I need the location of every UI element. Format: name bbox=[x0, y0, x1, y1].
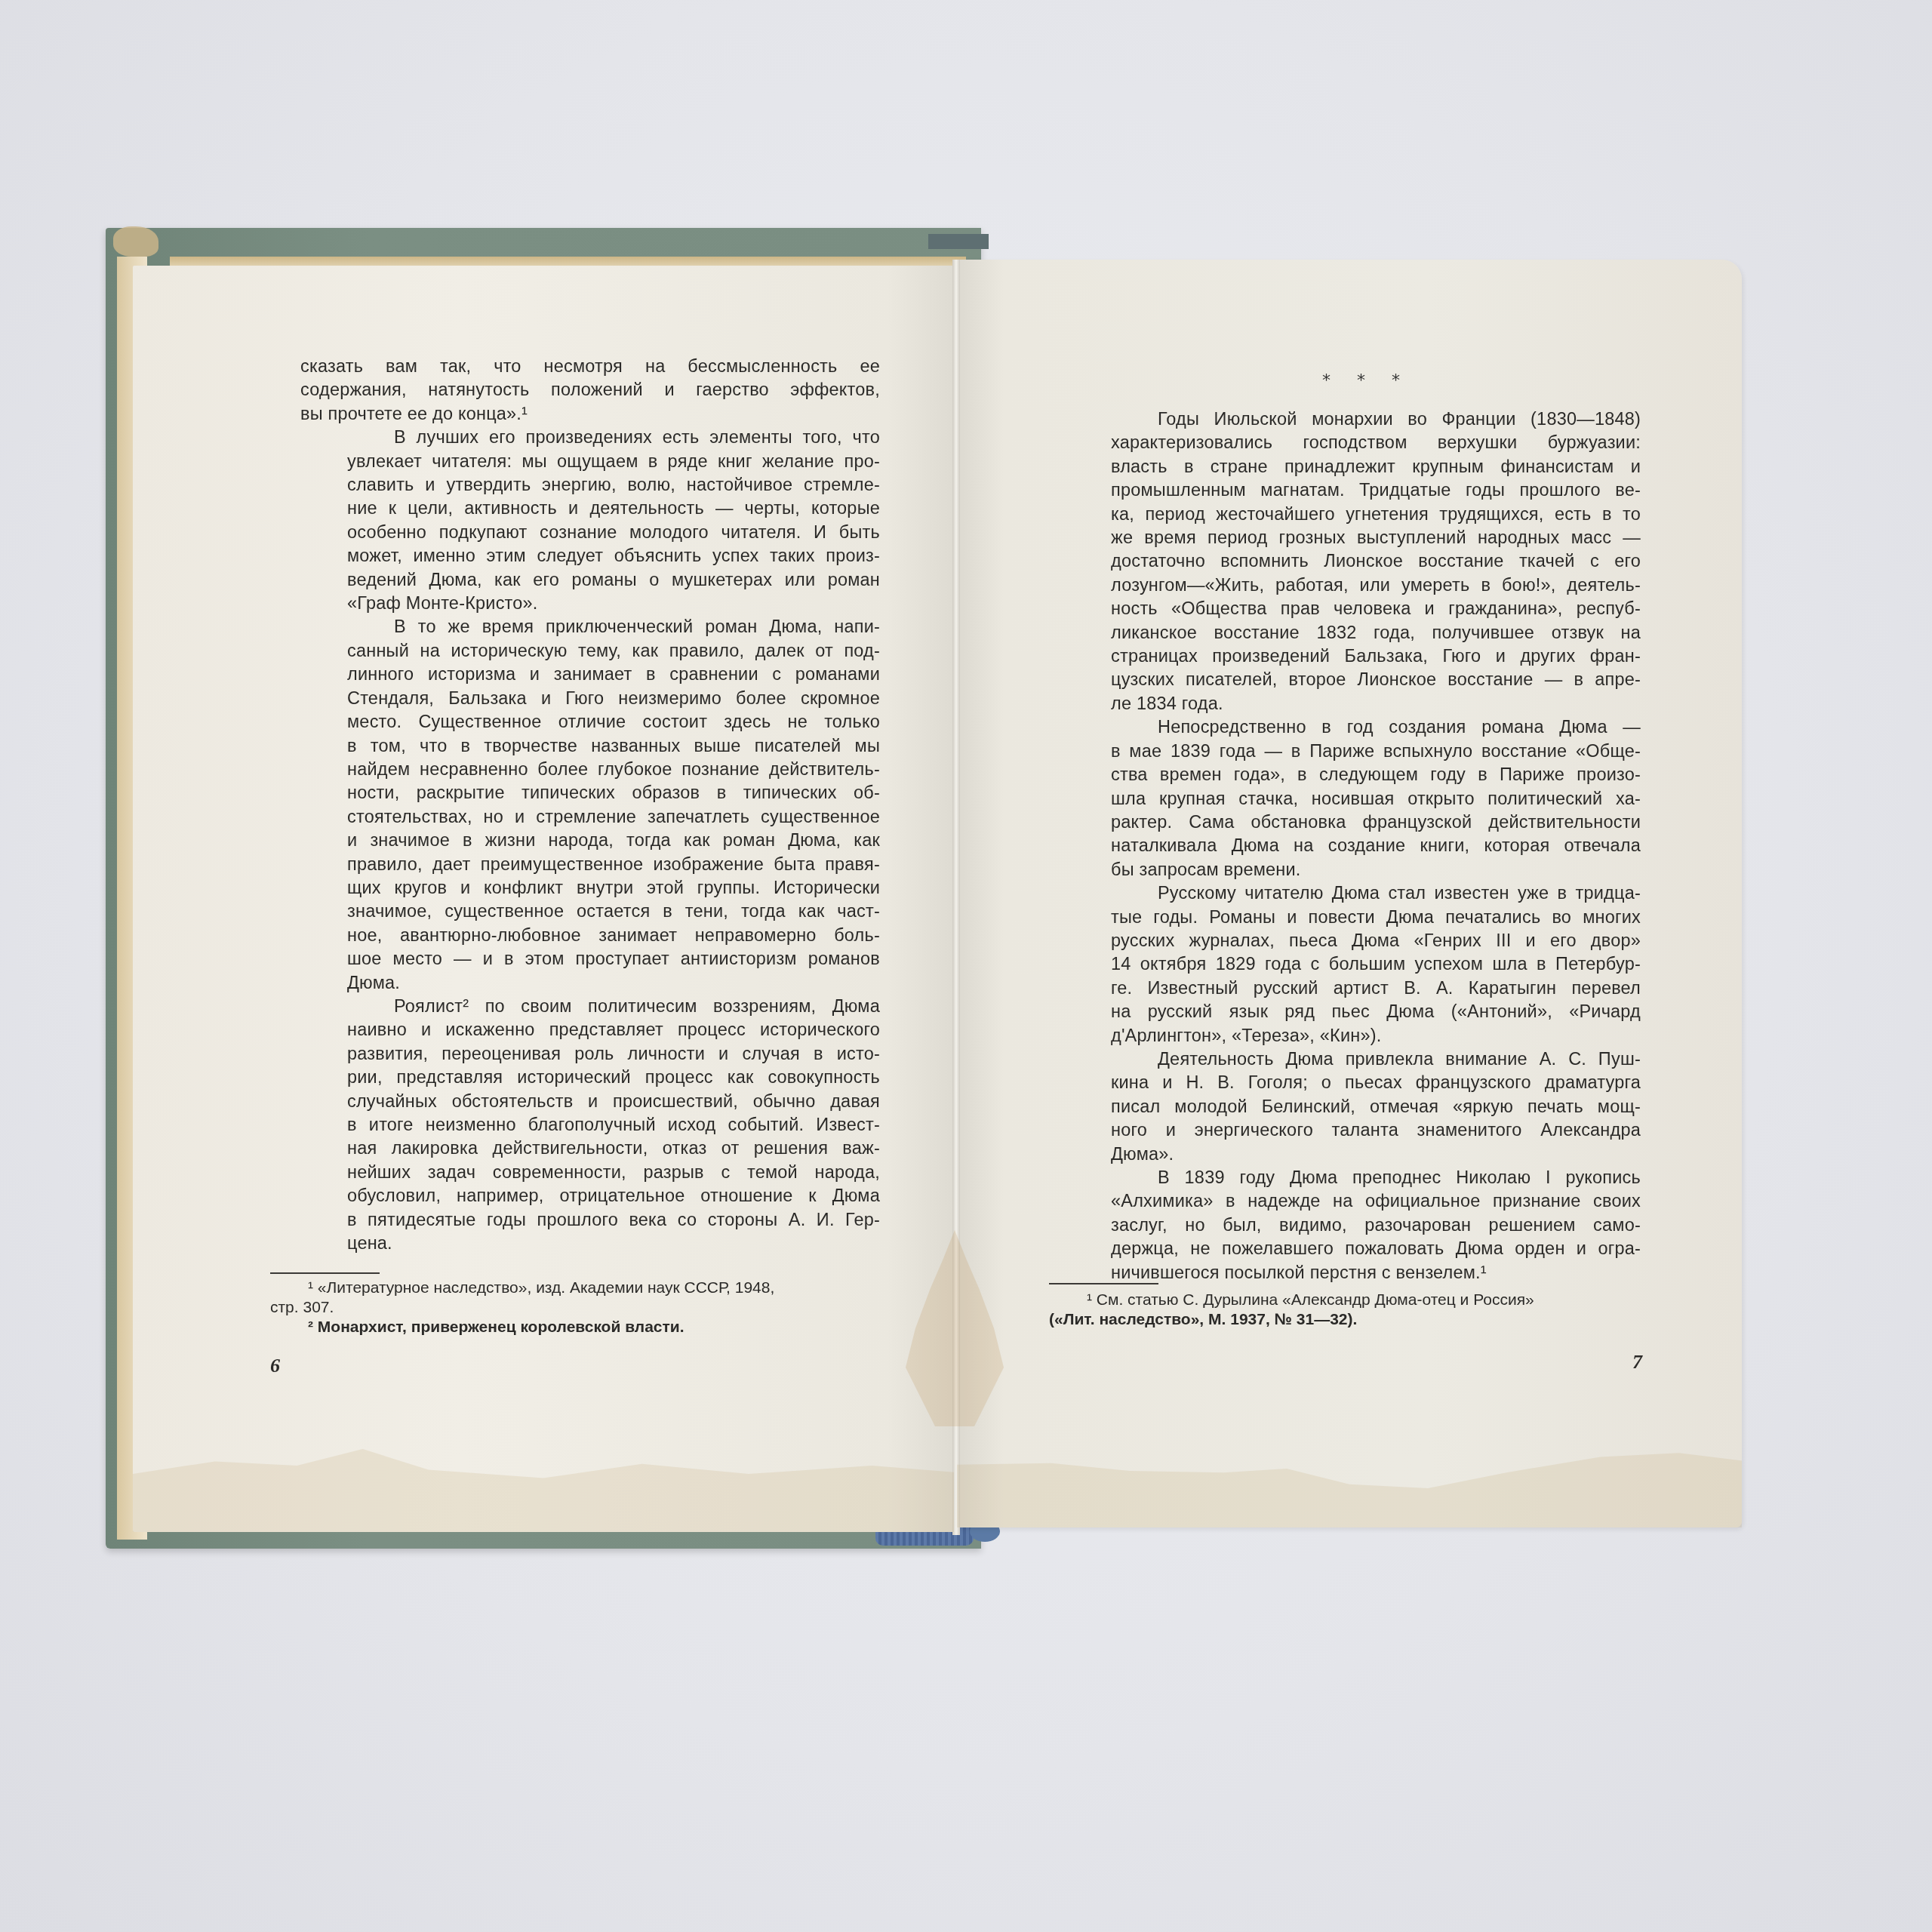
left-page-body: сказать вам так, что несмотря на бессмыс… bbox=[300, 355, 880, 1255]
text-line: в мае 1839 года — в Париже вспыхнуло вос… bbox=[1064, 740, 1641, 763]
paragraph: Годы Июльской монархии во Франции (1830—… bbox=[1064, 408, 1641, 715]
text-line: Русскому читателю Дюма стал известен уже… bbox=[1064, 881, 1641, 905]
text-line: характеризовались господством верхушки б… bbox=[1064, 431, 1641, 454]
photo-scene: сказать вам так, что несмотря на бессмыс… bbox=[0, 0, 1932, 1932]
paragraph: Роялист² по своим политичесим воззрениям… bbox=[300, 995, 880, 1255]
text-line: сказать вам так, что несмотря на бессмыс… bbox=[300, 355, 880, 378]
text-line: стоятельствах, но и стремление запечатле… bbox=[300, 805, 880, 829]
footnote-divider bbox=[270, 1272, 380, 1274]
text-line: вы прочтете ее до конца».¹ bbox=[300, 402, 880, 426]
text-line: держца, не пожелавшего пожаловать Дюма о… bbox=[1064, 1237, 1641, 1260]
text-line: В лучших его произведениях есть элементы… bbox=[300, 426, 880, 449]
text-line: достаточно вспомнить Лионское восстание … bbox=[1064, 549, 1641, 573]
text-line: Непосредственно в год создания романа Дю… bbox=[1064, 715, 1641, 739]
text-line: ства времен года», в следующем году в Па… bbox=[1064, 763, 1641, 786]
footnote-1-cont: стр. 307. bbox=[270, 1298, 889, 1318]
text-line: рактер. Сама обстановка французской дейс… bbox=[1064, 811, 1641, 834]
text-line: В то же время приключенческий роман Дюма… bbox=[300, 615, 880, 638]
text-line: тые годы. Романы и повести Дюма печатали… bbox=[1064, 906, 1641, 929]
spine-headband bbox=[928, 234, 989, 249]
text-line: обусловил, например, отрицательное отнош… bbox=[300, 1184, 880, 1207]
text-line: Роялист² по своим политичесим воззрениям… bbox=[300, 995, 880, 1018]
paragraph: В лучших его произведениях есть элементы… bbox=[300, 426, 880, 615]
footnote-2: ² Монархист, приверженец королевской вла… bbox=[270, 1318, 889, 1337]
text-line: заслуг, но был, видимо, разочарован реше… bbox=[1064, 1214, 1641, 1237]
paragraph: сказать вам так, что несмотря на бессмыс… bbox=[300, 355, 880, 426]
text-line: шое место — и в этом проступает антиисто… bbox=[300, 947, 880, 971]
text-line: В 1839 году Дюма преподнес Николаю I рук… bbox=[1064, 1166, 1641, 1189]
cover-worn-corner bbox=[113, 226, 158, 257]
text-line: и значимое в жизни народа, тогда как ром… bbox=[300, 829, 880, 852]
paragraph: Непосредственно в год создания романа Дю… bbox=[1064, 715, 1641, 881]
text-line: Дюма. bbox=[300, 971, 880, 995]
right-page-body: Годы Июльской монархии во Франции (1830—… bbox=[1064, 408, 1641, 1284]
text-line: ведений Дюма, как его романы о мушкетера… bbox=[300, 568, 880, 592]
text-line: санный на историческую тему, как правило… bbox=[300, 639, 880, 663]
text-line: место. Существенное отличие состоит здес… bbox=[300, 710, 880, 734]
text-line: увлекает читателя: мы ощущаем в ряде кни… bbox=[300, 450, 880, 473]
text-line: цузских писателей, второе Лионское восст… bbox=[1064, 668, 1641, 691]
text-line: щих кругов и конфликт внутри этой группы… bbox=[300, 876, 880, 900]
text-line: ное, авантюрно-любовное занимает неправо… bbox=[300, 924, 880, 947]
text-line: ная лакировка действигельности, отказ от… bbox=[300, 1137, 880, 1160]
text-line: писал молодой Белинский, отмечая «яркую … bbox=[1064, 1095, 1641, 1118]
text-line: д'Арлингтон», «Тереза», «Кин»). bbox=[1064, 1024, 1641, 1048]
text-line: рии, представляя исторический процесс ка… bbox=[300, 1066, 880, 1089]
footnote-line: стр. 307. bbox=[270, 1298, 889, 1318]
text-line: славить и утвердить энергию, волю, насто… bbox=[300, 473, 880, 497]
text-line: в пятидесятые годы прошлого века со стор… bbox=[300, 1208, 880, 1232]
text-line: ние к цели, активность и деятельность — … bbox=[300, 497, 880, 520]
footnote-line: ¹ «Литературное наследство», изд. Академ… bbox=[270, 1278, 889, 1298]
footnote-line: («Лит. наследство», М. 1937, № 31—32). bbox=[1049, 1310, 1645, 1330]
book-gutter bbox=[952, 260, 960, 1535]
text-line: шла крупная стачка, носившая открыто пол… bbox=[1064, 787, 1641, 811]
footnote-line: ¹ См. статью С. Дурылина «Александр Дюма… bbox=[1049, 1291, 1645, 1310]
paragraph: Русскому читателю Дюма стал известен уже… bbox=[1064, 881, 1641, 1048]
text-line: промышленным магнатам. Тридцатые годы пр… bbox=[1064, 478, 1641, 502]
text-line: страницах произведений Бальзака, Гюго и … bbox=[1064, 645, 1641, 668]
text-line: случайных обстоятельств и происшествий, … bbox=[300, 1090, 880, 1113]
section-ornament: * * * bbox=[1322, 371, 1411, 390]
footnote-line: ² Монархист, приверженец королевской вла… bbox=[270, 1318, 889, 1337]
text-line: лозунгом—«Жить, работая, или умереть в б… bbox=[1064, 574, 1641, 597]
page-number: 6 bbox=[270, 1355, 280, 1377]
text-line: Деятельность Дюма привлекла внимание А. … bbox=[1064, 1048, 1641, 1071]
text-line: ность «Общества прав человека и граждани… bbox=[1064, 597, 1641, 620]
text-line: ге. Известный русский артист В. А. Карат… bbox=[1064, 977, 1641, 1000]
footnote-1: ¹ См. статью С. Дурылина «Александр Дюма… bbox=[1049, 1291, 1645, 1310]
text-line: Дюма». bbox=[1064, 1143, 1641, 1166]
text-line: ле 1834 года. bbox=[1064, 692, 1641, 715]
text-line: русских журналах, пьеса Дюма «Генрих III… bbox=[1064, 929, 1641, 952]
text-line: в итоге неизменно благополучный исход со… bbox=[300, 1113, 880, 1137]
text-line: ликанское восстание 1832 года, получивше… bbox=[1064, 621, 1641, 645]
text-line: цена. bbox=[300, 1232, 880, 1255]
paragraph: В 1839 году Дюма преподнес Николаю I рук… bbox=[1064, 1166, 1641, 1284]
text-line: же время период грозных выступлений наро… bbox=[1064, 526, 1641, 549]
paragraph: Деятельность Дюма привлекла внимание А. … bbox=[1064, 1048, 1641, 1166]
text-line: «Граф Монте-Кристо». bbox=[300, 592, 880, 615]
text-line: нейших задач современности, разрыв с тем… bbox=[300, 1161, 880, 1184]
text-line: особенно подкупают сознание молодого чит… bbox=[300, 521, 880, 544]
text-line: содержания, натянутость положений и гаер… bbox=[300, 378, 880, 401]
right-page-footnotes: ¹ См. статью С. Дурылина «Александр Дюма… bbox=[1049, 1291, 1645, 1330]
text-line: может, именно этим следует объяснить усп… bbox=[300, 544, 880, 568]
page-number: 7 bbox=[1632, 1351, 1642, 1374]
text-line: Годы Июльской монархии во Франции (1830—… bbox=[1064, 408, 1641, 431]
text-line: кина и Н. В. Гоголя; о пьесах французско… bbox=[1064, 1071, 1641, 1094]
text-line: найдем несравненно более глубокое познан… bbox=[300, 758, 880, 781]
text-line: развития, переоценивая роль личности и с… bbox=[300, 1042, 880, 1066]
footnote-divider bbox=[1049, 1283, 1158, 1284]
footnote-1: ¹ «Литературное наследство», изд. Академ… bbox=[270, 1278, 889, 1298]
text-line: «Алхимика» в надежде на официальное приз… bbox=[1064, 1189, 1641, 1213]
text-line: бы запросам времени. bbox=[1064, 858, 1641, 881]
footnote-1-cont: («Лит. наследство», М. 1937, № 31—32). bbox=[1049, 1310, 1645, 1330]
text-line: ка, период жесточайшего угнетения трудящ… bbox=[1064, 503, 1641, 526]
left-page-footnotes: ¹ «Литературное наследство», изд. Академ… bbox=[270, 1278, 889, 1337]
text-line: власть в стране принадлежит крупным фина… bbox=[1064, 455, 1641, 478]
text-line: ничившегося посылкой перстня с вензелем.… bbox=[1064, 1261, 1641, 1284]
text-line: Стендаля, Бальзака и Гюго неизмеримо бол… bbox=[300, 687, 880, 710]
text-line: правило, дает преимущественное изображен… bbox=[300, 853, 880, 876]
text-line: значимое, существенное остается в тени, … bbox=[300, 900, 880, 923]
text-line: ности, раскрытие типических образов в ти… bbox=[300, 781, 880, 804]
text-line: линного историзма и занимает в сравнении… bbox=[300, 663, 880, 686]
text-line: ного и энергического таланта знаменитого… bbox=[1064, 1118, 1641, 1142]
text-line: наталкивала Дюма на создание книги, кото… bbox=[1064, 834, 1641, 857]
text-line: в том, что в творчестве названных выше п… bbox=[300, 734, 880, 758]
text-line: на русский язык ряд пьес Дюма («Антоний»… bbox=[1064, 1000, 1641, 1023]
paragraph: В то же время приключенческий роман Дюма… bbox=[300, 615, 880, 995]
text-line: наивно и искаженно представляет процесс … bbox=[300, 1018, 880, 1041]
text-line: 14 октября 1829 года с большим успехом ш… bbox=[1064, 952, 1641, 976]
